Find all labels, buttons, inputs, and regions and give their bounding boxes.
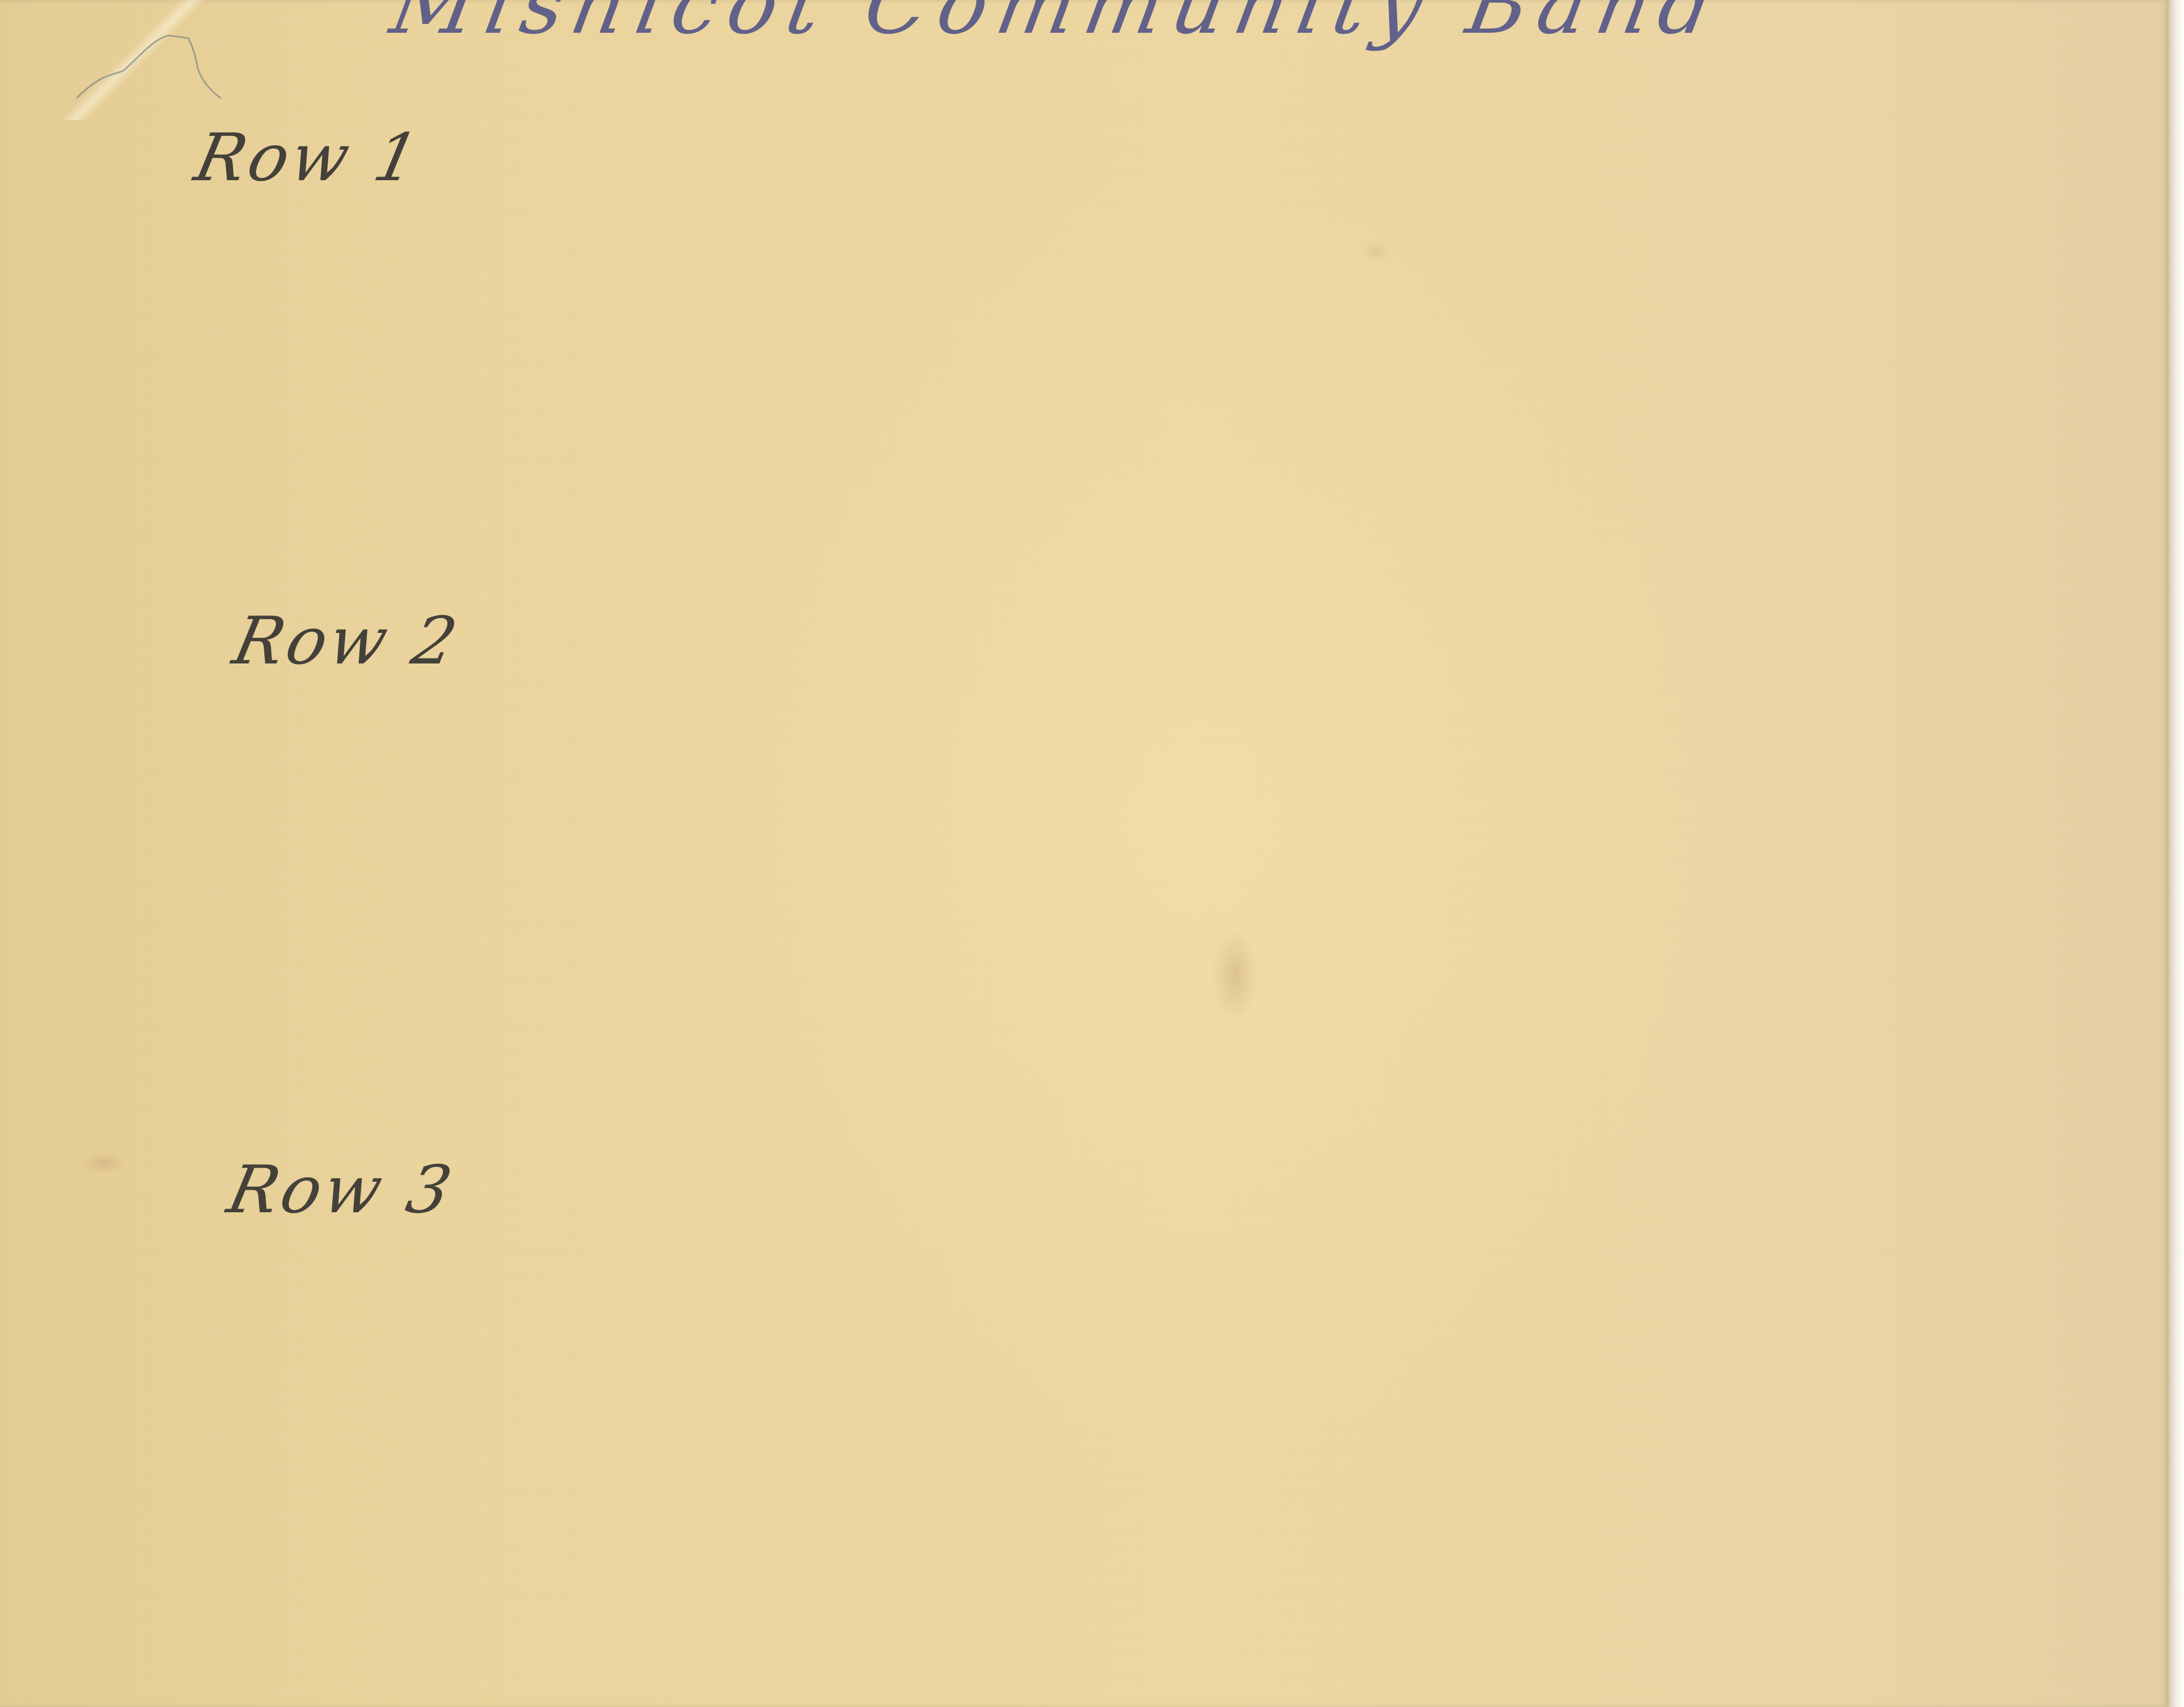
row-label-2: Row 2 (227, 603, 466, 679)
header-title: Mishicot Community Band (385, 0, 1842, 45)
photo-card-back: Mishicot Community Band Row 1 Row 2 Row … (0, 0, 2169, 1707)
row-label-3: Row 3 (221, 1152, 461, 1228)
pencil-mark-icon (71, 16, 235, 109)
row-label-1: Row 1 (188, 120, 428, 196)
scan-background-edge (2169, 0, 2184, 1707)
